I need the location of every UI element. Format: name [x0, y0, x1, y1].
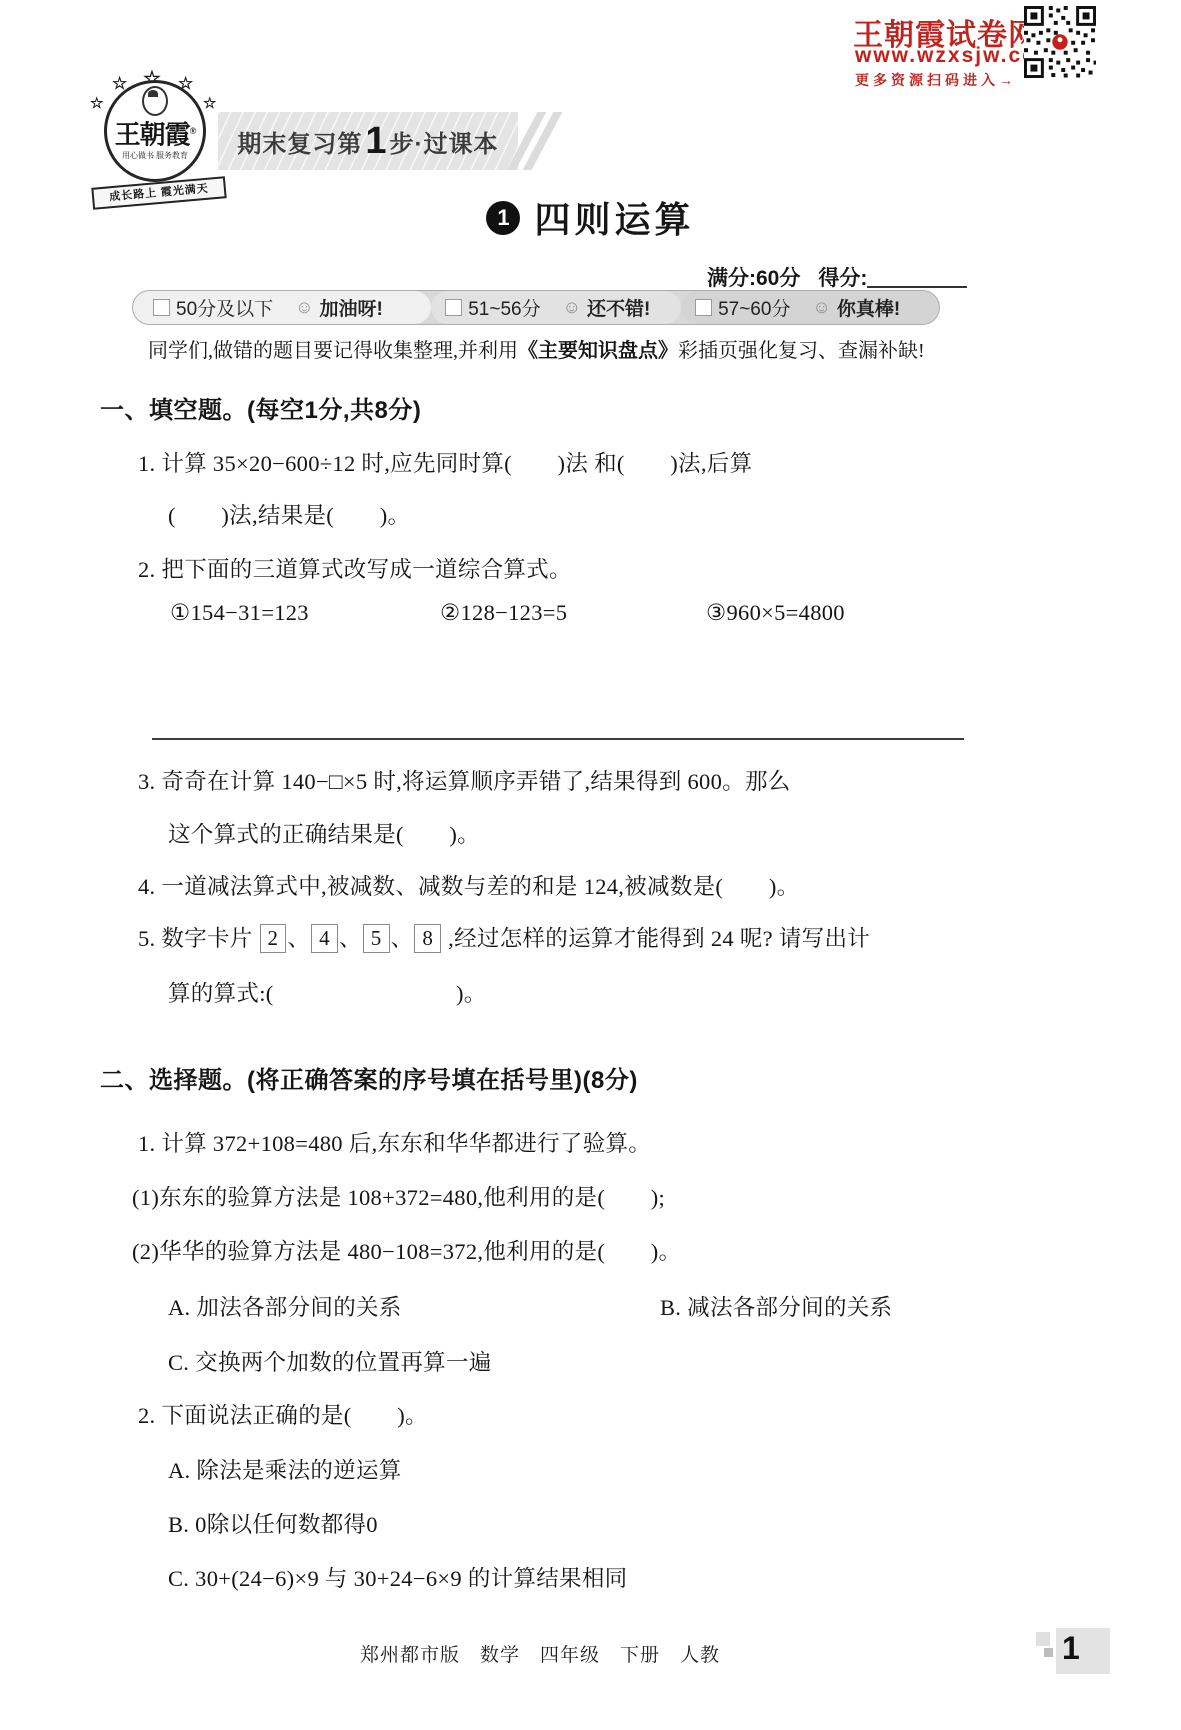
step-banner-text: 期末复习第 [237, 124, 362, 159]
section2-heading: 二、选择题。(将正确答案的序号填在括号里)(8分) [100, 1060, 638, 1095]
title-number-badge: 1 [486, 201, 520, 235]
question-line: 2. 下面说法正确的是( )。 [138, 1398, 428, 1430]
option-a: A. 除法是乘法的逆运算 [168, 1453, 402, 1485]
question-line: 5. 数字卡片 2、4、5、8 ,经过怎样的运算才能得到 24 呢? 请写出计 [138, 921, 870, 953]
star-icon: ☆ [90, 94, 103, 113]
option-c: C. 30+(24−6)×9 与 30+24−6×9 的计算结果相同 [168, 1561, 627, 1593]
question-line: ( )法,结果是( )。 [168, 498, 410, 530]
question-line: (1)东东的验算方法是 108+372=480,他利用的是( ); [132, 1180, 665, 1212]
publisher-logo: ☆ ☆ ☆ ☆ ☆ 王朝霞® 用心做书 服务教育 成长路上 霞光满天 [88, 64, 228, 204]
portrait-icon [142, 86, 168, 116]
number-card: 4 [311, 924, 338, 953]
band-remark: 还不错! [587, 294, 650, 321]
band-range: 57~60分 [718, 294, 790, 321]
step-banner-text: 步·过课本 [390, 124, 499, 159]
checkbox[interactable] [445, 299, 462, 316]
checkbox[interactable] [695, 299, 712, 316]
smiley-icon: ☺ [295, 297, 313, 318]
page-number: 1 [1062, 1630, 1080, 1667]
footer-decoration-square [1036, 1632, 1050, 1646]
question-line: 算的算式:( )。 [168, 976, 487, 1008]
score-band: 57~60分 ☺ 你真棒! [681, 291, 939, 324]
step-banner: 期末复习第 1 步·过课本 [218, 112, 518, 170]
question-line: (2)华华的验算方法是 480−108=372,他利用的是( )。 [132, 1234, 681, 1266]
book-title: 《主要知识盘点》 [518, 340, 678, 362]
question-line: 4. 一道减法算式中,被减数、减数与差的和是 124,被减数是( )。 [138, 869, 799, 901]
option-b: B. 减法各部分间的关系 [660, 1290, 892, 1322]
score-blank[interactable] [867, 266, 967, 288]
question-line: 1. 计算 35×20−600÷12 时,应先同时算( )法 和( )法,后算 [138, 446, 752, 478]
checkbox[interactable] [153, 299, 170, 316]
step-number: 1 [365, 122, 386, 160]
paper-title: 1四则运算 [0, 192, 1181, 243]
section1-heading: 一、填空题。(每空1分,共8分) [100, 390, 421, 425]
equation: ③960×5=4800 [706, 600, 845, 626]
band-remark: 加油呀! [320, 294, 383, 321]
question-line: 1. 计算 372+108=480 后,东东和华华都进行了验算。 [138, 1126, 651, 1158]
title-text: 四则运算 [534, 199, 694, 240]
score-band: 51~56分 ☺ 还不错! [431, 291, 681, 324]
answer-line[interactable] [152, 738, 964, 740]
band-range: 50分及以下 [176, 294, 273, 321]
score-band: 50分及以下 ☺ 加油呀! [133, 291, 431, 324]
band-range: 51~56分 [468, 294, 540, 321]
number-card: 2 [260, 924, 287, 953]
earned-score-label: 得分: [818, 267, 867, 290]
footer-decoration-square [1044, 1648, 1053, 1657]
equation: ②128−123=5 [440, 600, 567, 626]
logo-slogan: 用心做书 服务教育 [107, 150, 203, 161]
band-remark: 你真棒! [837, 294, 900, 321]
option-b: B. 0除以任何数都得0 [168, 1507, 378, 1539]
site-tagline: 更多资源扫码进入→ [855, 70, 1017, 90]
number-card: 8 [414, 924, 441, 953]
number-card: 5 [363, 924, 390, 953]
question-line: 这个算式的正确结果是( )。 [168, 817, 480, 849]
notice-line: 同学们,做错的题目要记得收集整理,并利用《主要知识盘点》彩插页强化复习、查漏补缺… [148, 334, 925, 363]
option-a: A. 加法各部分间的关系 [168, 1290, 402, 1322]
logo-circle: 王朝霞® 用心做书 服务教育 [104, 80, 206, 182]
score-bands-bar: 50分及以下 ☺ 加油呀! 51~56分 ☺ 还不错! 57~60分 ☺ 你真棒… [132, 290, 940, 325]
worksheet-page: 王朝霞试卷网 www.wzxsjw.com 更多资源扫码进入→ [0, 0, 1181, 1730]
star-icon: ☆ [203, 94, 216, 113]
score-line: 满分:60分得分: [707, 262, 967, 292]
full-score-label: 满分:60分 [707, 267, 800, 290]
footer-edition-label: 郑州都市版 数学 四年级 下册 人教 [0, 1640, 1080, 1667]
logo-name: 王朝霞® [107, 117, 203, 150]
option-c: C. 交换两个加数的位置再算一遍 [168, 1345, 492, 1377]
question-line: 3. 奇奇在计算 140−□×5 时,将运算顺序弄错了,结果得到 600。那么 [138, 764, 791, 796]
smiley-icon: ☺ [812, 297, 830, 318]
question-line: 2. 把下面的三道算式改写成一道综合算式。 [138, 552, 572, 584]
qr-code-icon [1024, 6, 1096, 78]
equation: ①154−31=123 [170, 600, 309, 626]
smiley-icon: ☺ [563, 297, 581, 318]
